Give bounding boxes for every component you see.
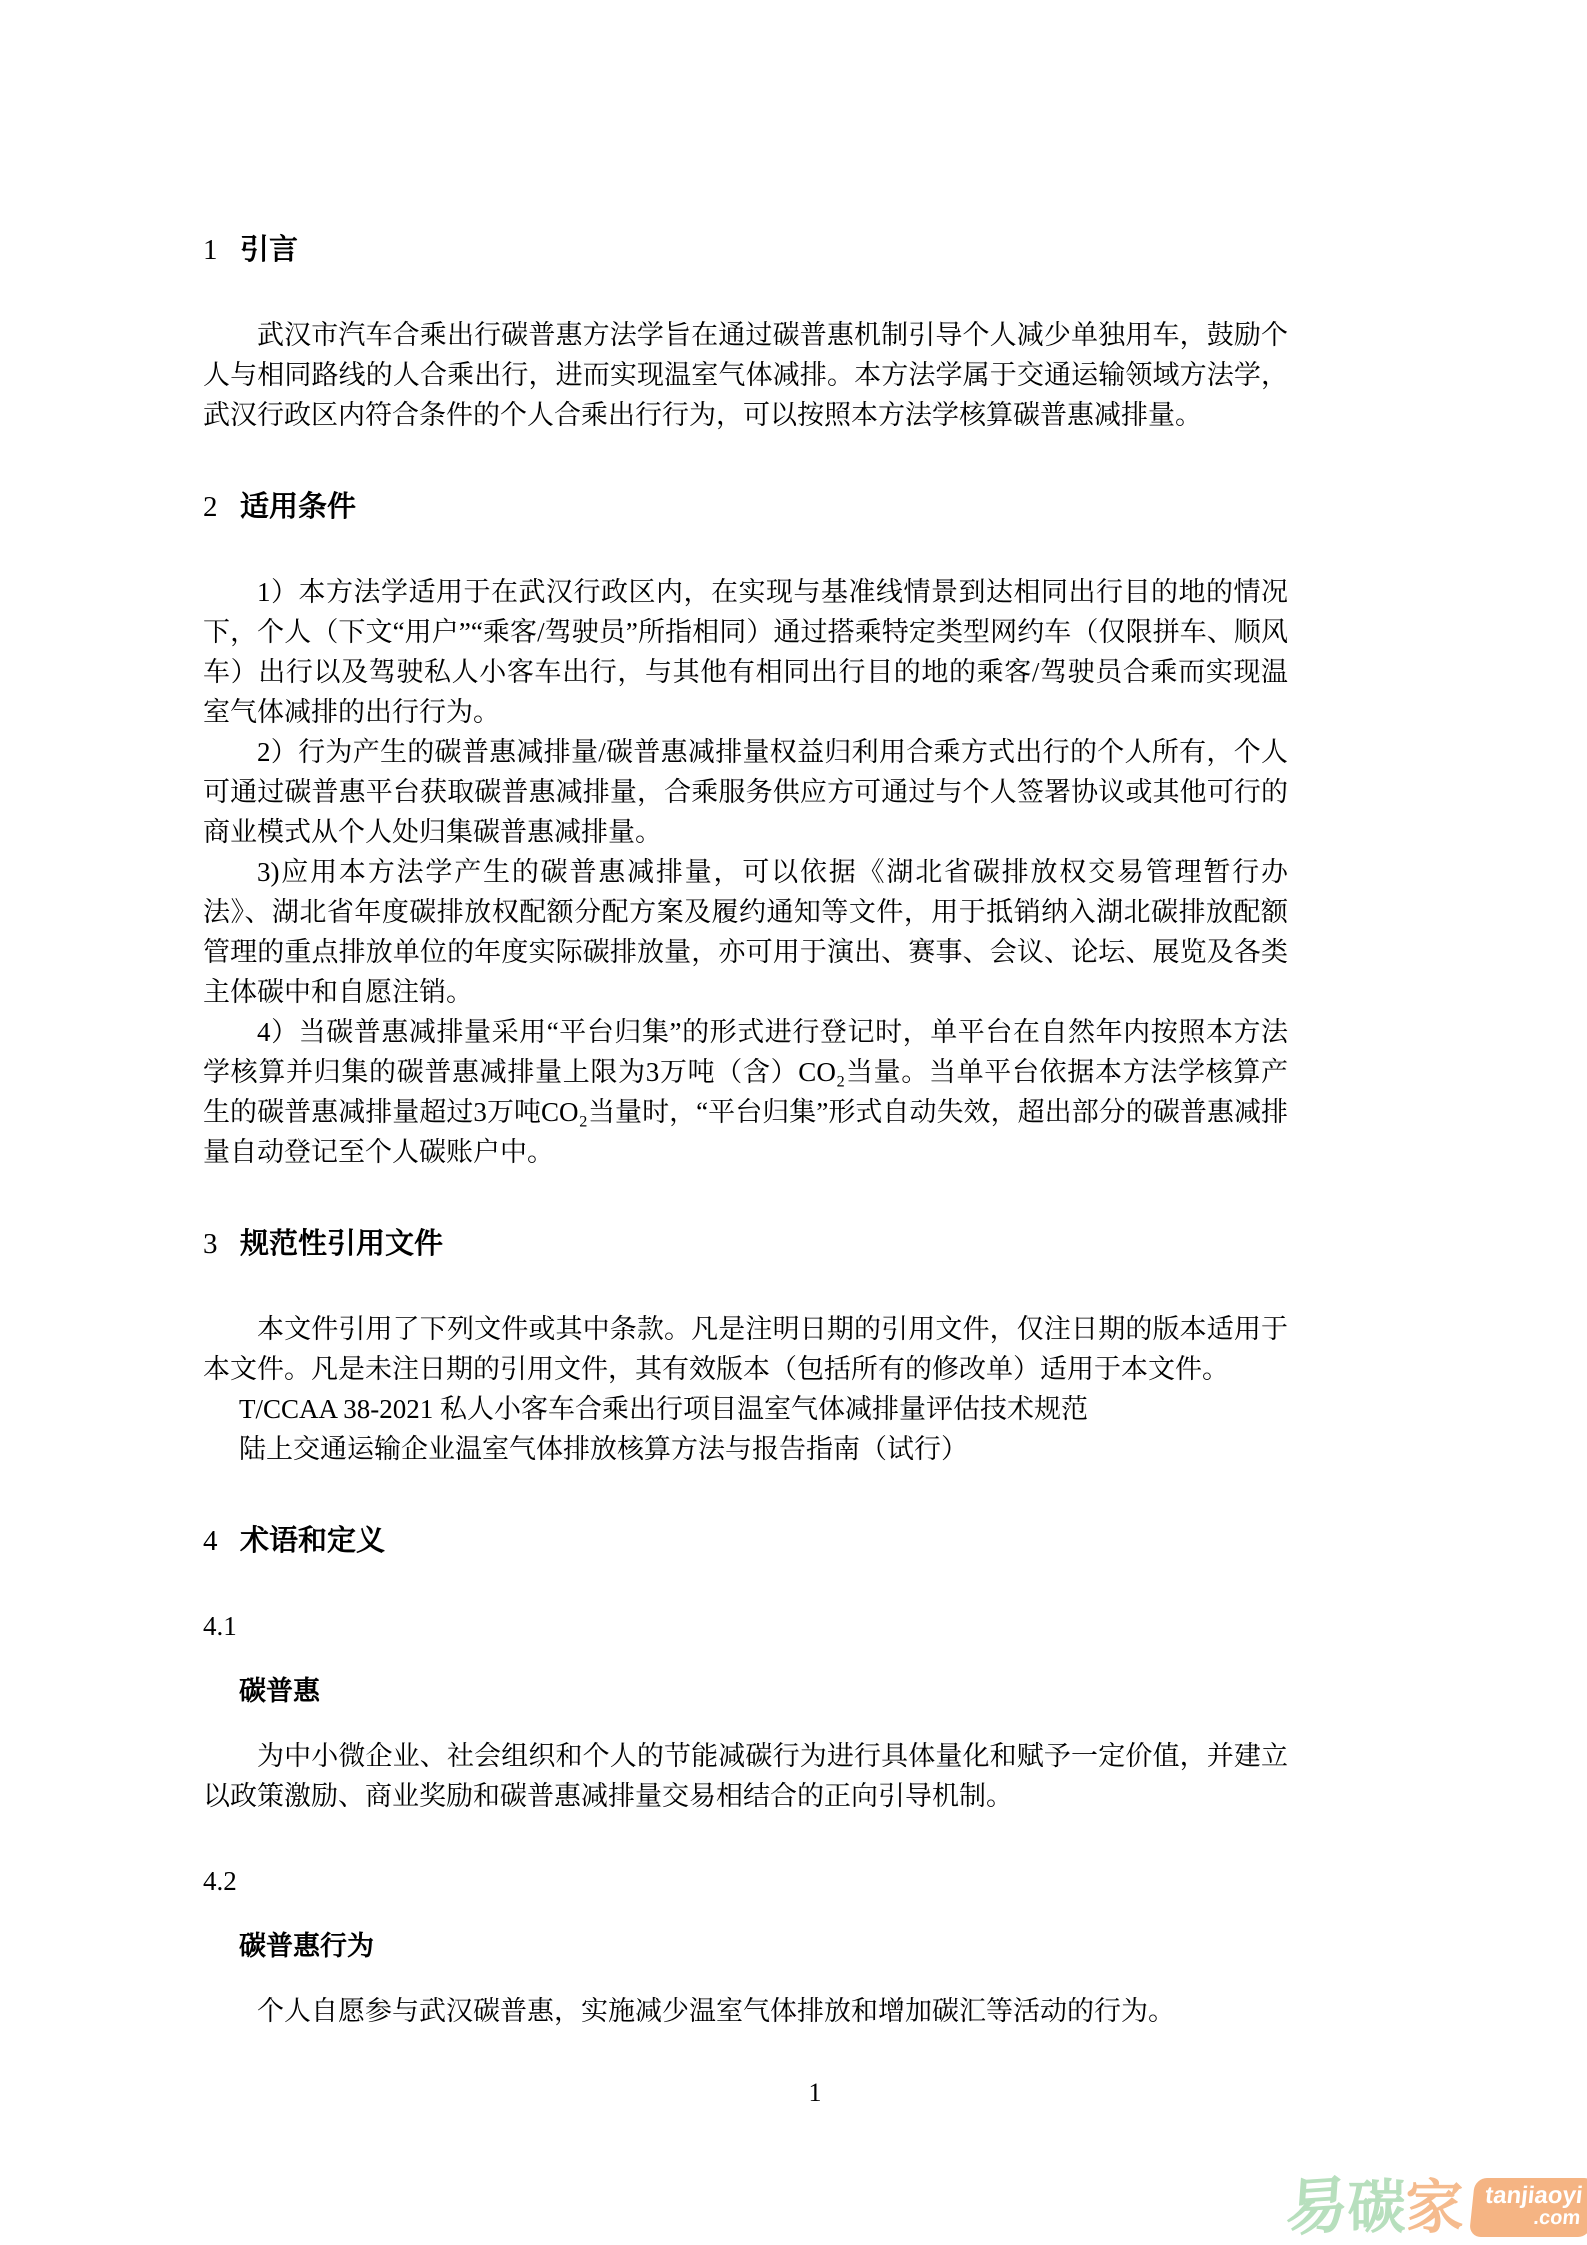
section-4-title: 术语和定义 [240, 1521, 385, 1561]
subsection-4-2-number: 4.2 [203, 1861, 1288, 1901]
watermark-char-yi: 易 [1283, 2177, 1350, 2239]
section-3-heading: 3 规范性引用文件 [203, 1224, 1288, 1264]
watermark-domain-name: tanjiaoyi [1483, 2182, 1583, 2209]
watermark-domain-tld: .com [1532, 2207, 1581, 2229]
term-tanpuhui-definition: 为中小微企业、社会组织和个人的节能减碳行为进行具体量化和赋予一定价值，并建立以政… [203, 1736, 1288, 1816]
section-2-item-2: 2）行为产生的碳普惠减排量/碳普惠减排量权益归利用合乘方式出行的个人所有，个人可… [203, 732, 1288, 852]
section-2-item-4: 4）当碳普惠减排量采用“平台归集”的形式进行登记时，单平台在自然年内按照本方法学… [203, 1012, 1288, 1172]
section-1-heading: 1 引言 [203, 230, 1288, 270]
term-tanpuhui-xingwei: 碳普惠行为 [239, 1926, 1288, 1966]
reference-line-1: T/CCAA 38-2021 私人小客车合乘出行项目温室气体减排量评估技术规范 [203, 1389, 1288, 1429]
term-tanpuhui-xingwei-definition: 个人自愿参与武汉碳普惠，实施减少温室气体排放和增加碳汇等活动的行为。 [203, 1991, 1288, 2031]
reference-line-2: 陆上交通运输企业温室气体排放核算方法与报告指南（试行） [203, 1429, 1288, 1469]
watermark-domain-badge: tanjiaoyi .com [1469, 2178, 1587, 2237]
page-number: 1 [0, 2078, 1587, 2108]
watermark-char-tan: 碳 [1348, 2179, 1406, 2237]
section-2-item-3: 3)应用本方法学产生的碳普惠减排量，可以依据《湖北省碳排放权交易管理暂行办法》、… [203, 852, 1288, 1012]
section-4-heading: 4 术语和定义 [203, 1521, 1288, 1561]
section-3-number: 3 [203, 1224, 240, 1264]
document-content: 1 引言 武汉市汽车合乘出行碳普惠方法学旨在通过碳普惠机制引导个人减少单独用车，… [203, 230, 1288, 2056]
watermark-char-jia: 家 [1406, 2179, 1464, 2237]
section-4-number: 4 [203, 1521, 240, 1561]
subsection-4-1-number: 4.1 [203, 1606, 1288, 1646]
watermark-logo: 易 碳 家 tanjiaoyi .com [1286, 2178, 1587, 2237]
section-2-heading: 2 适用条件 [203, 487, 1288, 527]
section-3-paragraph: 本文件引用了下列文件或其中条款。凡是注明日期的引用文件，仅注日期的版本适用于本文… [203, 1309, 1288, 1389]
section-1-title: 引言 [240, 230, 298, 270]
section-3-title: 规范性引用文件 [240, 1224, 443, 1264]
section-1-number: 1 [203, 230, 240, 270]
document-page: { "doc": { "s1": { "num": "1", "title": … [0, 0, 1587, 2245]
section-1-paragraph: 武汉市汽车合乘出行碳普惠方法学旨在通过碳普惠机制引导个人减少单独用车，鼓励个人与… [203, 315, 1288, 435]
section-2-number: 2 [203, 487, 240, 527]
section-2-item-1: 1）本方法学适用于在武汉行政区内，在实现与基准线情景到达相同出行目的地的情况下，… [203, 572, 1288, 732]
term-tanpuhui: 碳普惠 [239, 1671, 1288, 1711]
section-2-title: 适用条件 [240, 487, 356, 527]
